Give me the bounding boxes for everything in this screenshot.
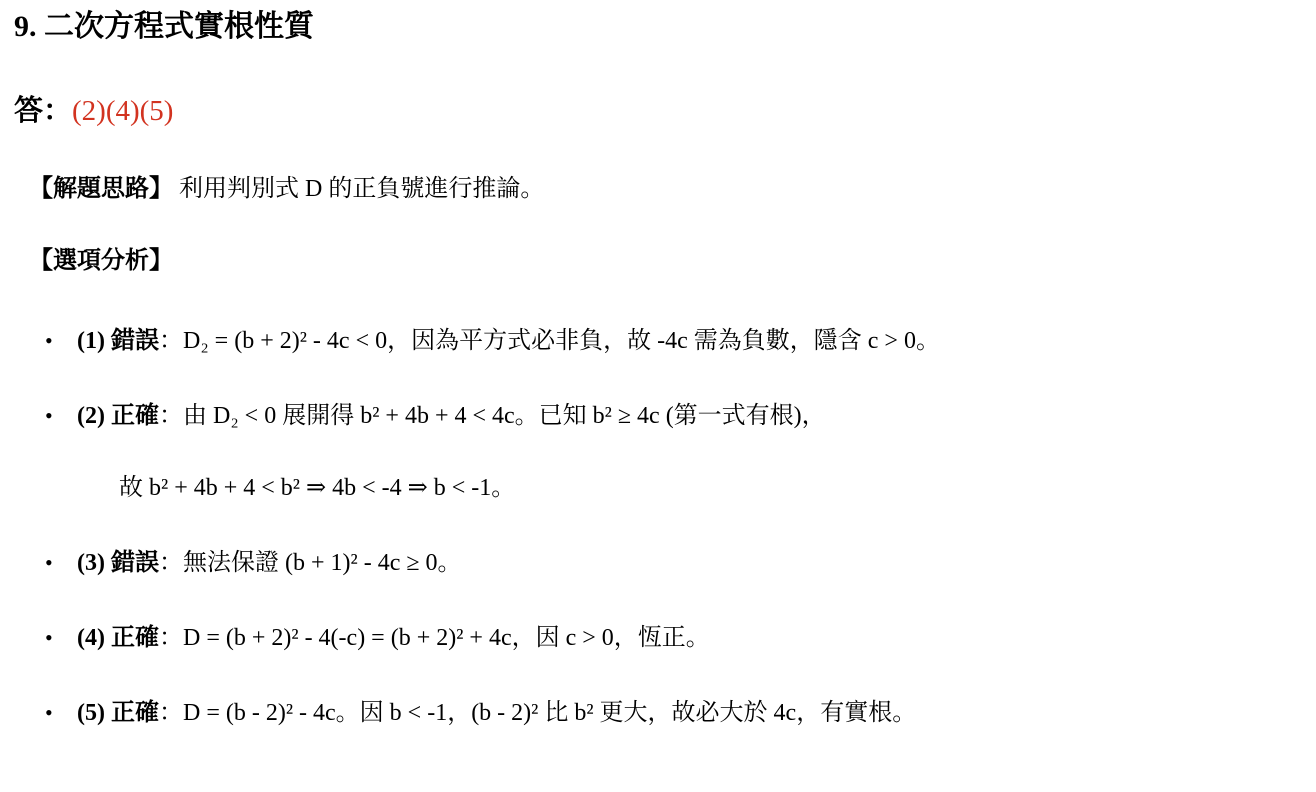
answer-value: (2)(4)(5) [72, 95, 173, 127]
page-title: 9. 二次方程式實根性質 [14, 8, 1296, 46]
bullet-dot: • [14, 400, 77, 432]
option-content: (5) 正確：D = (b - 2)² - 4c。因 b < -1，(b - 2… [77, 697, 1296, 729]
option-list: • (1) 錯誤：D₂ = (b + 2)² - 4c < 0，因為平方式必非負… [14, 325, 1296, 729]
option-item-5: • (5) 正確：D = (b - 2)² - 4c。因 b < -1，(b -… [14, 697, 1296, 729]
document-page: 9. 二次方程式實根性質 答：(2)(4)(5) 【解題思路】 利用判別式 D … [0, 0, 1316, 792]
option-2-continuation: 故 b² + 4b + 4 < b² ⇒ 4b < -4 ⇒ b < -1。 [119, 432, 1296, 504]
option-text: ：D = (b + 2)² - 4(-c) = (b + 2)² + 4c，因 … [159, 625, 710, 651]
bullet-dot: • [14, 547, 77, 579]
analysis-line: 【選項分析】 [29, 245, 1296, 277]
answer-line: 答：(2)(4)(5) [14, 93, 1296, 129]
option-item-1: • (1) 錯誤：D₂ = (b + 2)² - 4c < 0，因為平方式必非負… [14, 325, 1296, 357]
option-label: (3) 錯誤 [77, 550, 159, 576]
approach-line: 【解題思路】 利用判別式 D 的正負號進行推論。 [29, 173, 1296, 205]
option-text: ：無法保證 (b + 1)² - 4c ≥ 0。 [159, 550, 462, 576]
bullet-dot: • [14, 325, 77, 357]
option-text: ：由 D₂ < 0 展開得 b² + 4b + 4 < 4c。已知 b² ≥ 4… [159, 403, 826, 429]
option-content: (2) 正確：由 D₂ < 0 展開得 b² + 4b + 4 < 4c。已知 … [77, 400, 1296, 432]
bullet-dot: • [14, 697, 77, 729]
option-label: (1) 錯誤 [77, 328, 159, 354]
option-label: (5) 正確 [77, 700, 159, 726]
option-label: (4) 正確 [77, 625, 159, 651]
option-item-3: • (3) 錯誤：無法保證 (b + 1)² - 4c ≥ 0。 [14, 547, 1296, 579]
analysis-header: 【選項分析】 [29, 248, 173, 274]
answer-label: 答： [14, 95, 72, 127]
approach-text: 利用判別式 D 的正負號進行推論。 [173, 176, 544, 202]
approach-header: 【解題思路】 [29, 176, 173, 202]
option-text: ：D = (b - 2)² - 4c。因 b < -1，(b - 2)² 比 b… [159, 700, 916, 726]
option-content: (4) 正確：D = (b + 2)² - 4(-c) = (b + 2)² +… [77, 622, 1296, 654]
option-content: (3) 錯誤：無法保證 (b + 1)² - 4c ≥ 0。 [77, 547, 1296, 579]
option-text: ：D₂ = (b + 2)² - 4c < 0，因為平方式必非負，故 -4c 需… [159, 328, 940, 354]
bullet-dot: • [14, 622, 77, 654]
option-item-4: • (4) 正確：D = (b + 2)² - 4(-c) = (b + 2)²… [14, 622, 1296, 654]
option-label: (2) 正確 [77, 403, 159, 429]
option-content: (1) 錯誤：D₂ = (b + 2)² - 4c < 0，因為平方式必非負，故… [77, 325, 1296, 357]
option-item-2: • (2) 正確：由 D₂ < 0 展開得 b² + 4b + 4 < 4c。已… [14, 400, 1296, 432]
